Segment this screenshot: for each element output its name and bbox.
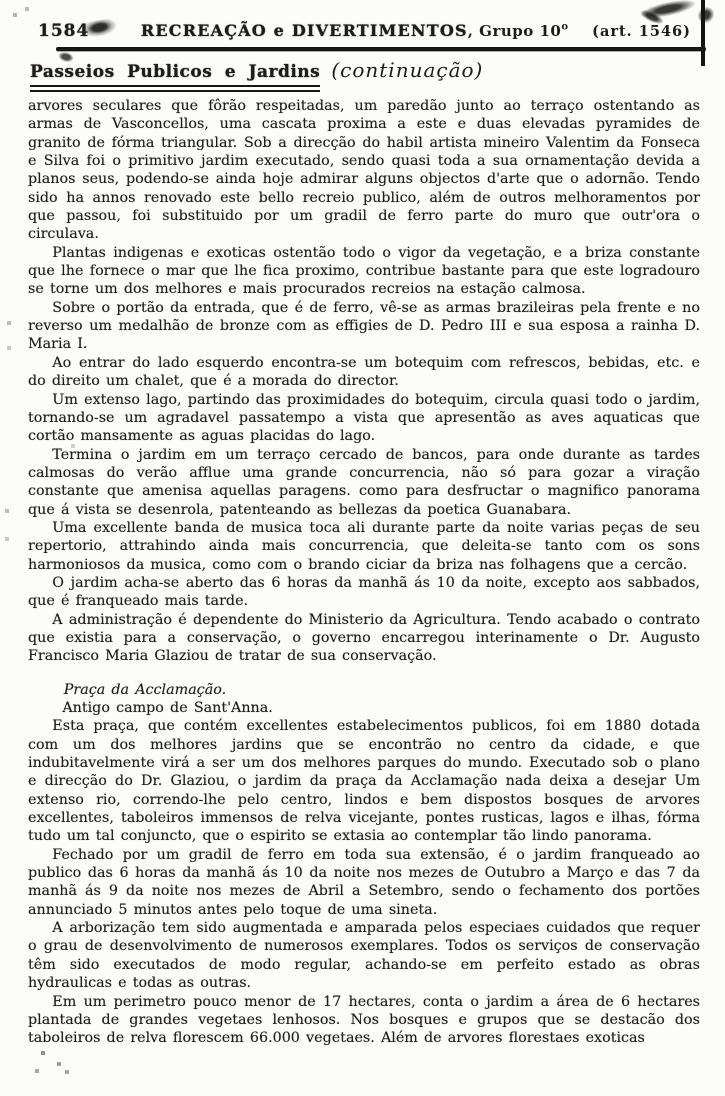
paragraph: Ao entrar do lado esquerdo encontra-se u…: [28, 354, 700, 391]
subsection-subtitle: Antigo campo de Sant'Anna.: [28, 699, 700, 717]
running-header: 1584 RECREAÇÃO e DIVERTIMENTOS, Grupo 10…: [22, 20, 707, 41]
paragraph: Um extenso lago, partindo das proximidad…: [28, 391, 700, 446]
section-heading: Passeios Publicos e Jardins (continuação…: [30, 58, 700, 87]
page-body: arvores seculares que fôrão respeitadas,…: [28, 97, 700, 1048]
article-reference: (art. 1546): [592, 23, 691, 40]
paragraph: arvores seculares que fôrão respeitadas,…: [28, 97, 700, 244]
header-ordinal: o: [561, 22, 568, 33]
paragraph: A administração é dependente do Minister…: [28, 611, 700, 666]
paragraph: Esta praça, que contém excellentes estab…: [28, 717, 700, 845]
paragraph: Termina o jardim em um terraço cercado d…: [28, 446, 700, 519]
header-rule: [56, 47, 706, 51]
paragraph: Uma excellente banda de musica toca ali …: [28, 519, 700, 574]
paragraph: Plantas indigenas e exoticas ostentão to…: [28, 244, 700, 299]
header-title-group: , Grupo 10: [468, 22, 562, 40]
header-title: RECREAÇÃO e DIVERTIMENTOS, Grupo 10o: [117, 21, 592, 40]
scan-speckles: [0, 0, 2, 2]
paragraph: A arborização tem sido augmentada e ampa…: [28, 919, 700, 992]
scanned-book-page: 1584 RECREAÇÃO e DIVERTIMENTOS, Grupo 10…: [0, 0, 725, 1096]
page-number: 1584: [38, 21, 89, 41]
paragraph: Sobre o portão da entrada, que é de ferr…: [28, 299, 700, 354]
header-title-main: RECREAÇÃO e DIVERTIMENTOS: [141, 21, 468, 40]
paragraph: Em um perimetro pouco menor de 17 hectar…: [28, 993, 700, 1048]
section-continuation: (continuação): [331, 58, 483, 82]
paragraph: O jardim acha-se aberto das 6 horas da m…: [28, 574, 700, 611]
subsection-title: Praça da Acclamação.: [28, 681, 700, 699]
paragraph: Fechado por um gradil de ferro em toda s…: [28, 846, 700, 919]
section-title: Passeios Publicos e Jardins: [30, 62, 320, 87]
